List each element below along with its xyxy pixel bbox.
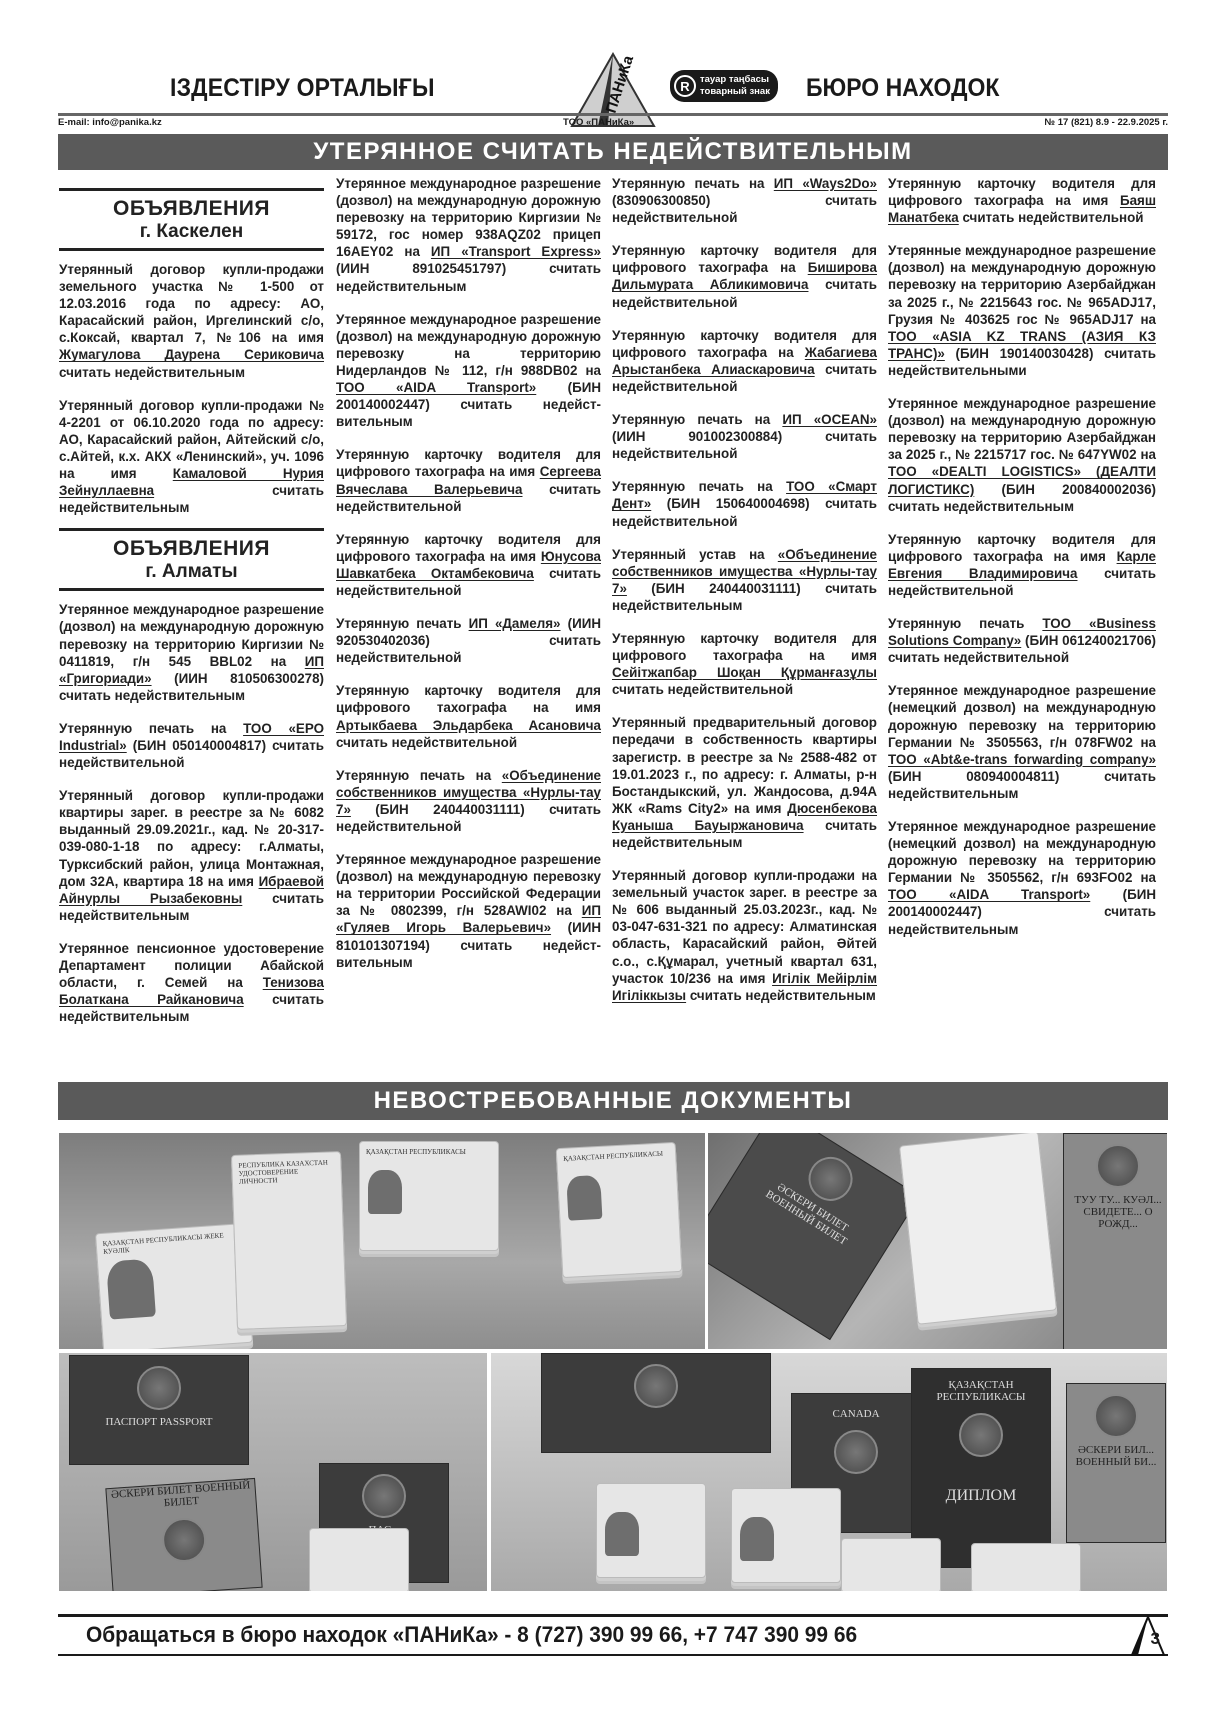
ad-item: Утерянную карточку водителя для цифровог… — [336, 446, 601, 514]
document-image — [899, 1132, 1057, 1325]
id-card-image — [309, 1528, 409, 1592]
trademark-ru: товарный знак — [700, 86, 770, 98]
section-city: г. Каскелен — [59, 221, 324, 243]
ad-item: Утерянную печать на ТОО «Смарт Дент» (БИ… — [612, 478, 877, 529]
lost-invalid-banner: УТЕРЯННОЕ СЧИТАТЬ НЕДЕЙСТВИТЕЛЬНЫМ — [58, 134, 1168, 170]
section-title: ОБЪЯВЛЕНИЯ — [59, 537, 324, 561]
section-header-almaty: ОБЪЯВЛЕНИЯ г. Алматы — [59, 528, 324, 591]
ad-item: Утерянную карточку водителя для цифровог… — [612, 242, 877, 310]
id-card-image: ҚАЗАҚСТАН РЕСПУБЛИКАСЫ — [556, 1142, 683, 1278]
ad-item: Утерянную карточку водителя для цифровог… — [612, 630, 877, 698]
ad-item: Утерянное международное разрешение (дозв… — [59, 601, 324, 704]
column-2: Утерянное международное разрешение (дозв… — [336, 175, 601, 987]
ad-item: Утерянное международное разрешение (дозв… — [336, 851, 601, 971]
ad-item: Утерянное международное разрешение (неме… — [888, 818, 1156, 938]
trademark-badge: R тауар таңбасы товарный знак — [670, 70, 778, 102]
section-header-kaskelen: ОБЪЯВЛЕНИЯ г. Каскелен — [59, 188, 324, 251]
ad-item: Утерянные международное разрешение (дозв… — [888, 242, 1156, 379]
column-3: Утерянную печать на ИП «Ways2Do» (830906… — [612, 175, 877, 1020]
photo-mixed-documents: CANADA ҚАЗАҚСТАН РЕСПУБЛИКАСЫДИПЛОМ ӘСКЕ… — [490, 1352, 1168, 1592]
ad-item: Утерянную печать на ТОО «ЕРО Industrial»… — [59, 720, 324, 771]
column-1: ОБЪЯВЛЕНИЯ г. Каскелен Утерянный договор… — [59, 188, 324, 1041]
photo-id-cards: ҚАЗАҚСТАН РЕСПУБЛИКАСЫ ЖЕКЕ КУӘЛІК РЕСПУ… — [58, 1132, 706, 1350]
page-number: 3 — [1151, 1629, 1160, 1649]
footer-contact-bar: Обращаться в бюро находок «ПАНиКа» - 8 (… — [58, 1614, 1168, 1656]
column-4: Утерянную карточку водителя для цифровог… — [888, 175, 1156, 954]
page-number-badge: 3 — [1128, 1615, 1168, 1657]
ad-item: Утерянное пенсионное удосто­верение Депа… — [59, 940, 324, 1025]
masthead-rule — [58, 113, 1168, 116]
footer-contact-text: Обращаться в бюро находок «ПАНиКа» - 8 (… — [86, 1622, 857, 1648]
military-id-book-image: ӘСКЕРИ БИЛЕТВОЕННЫЙ БИЛЕТ — [707, 1132, 920, 1340]
ad-item: Утерянную карточку водителя для цифровог… — [336, 682, 601, 750]
registered-trademark-icon: R — [674, 75, 696, 97]
ad-item: Утерянную печать на ИП «OCEAN» (ИИН 9010… — [612, 411, 877, 462]
masthead-right-title: БЮРО НАХОДОК — [806, 74, 999, 103]
id-card-image — [731, 1488, 841, 1583]
id-card-image: РЕСПУБЛИКА КАЗАХСТАН УДОСТОВЕРЕНИЕ ЛИЧНО… — [231, 1151, 347, 1330]
ad-item: Утерянную печать ИП «Дамеля» (ИИН 920530… — [336, 615, 601, 666]
id-card-image: ҚАЗАҚСТАН РЕСПУБЛИКАСЫ — [359, 1141, 499, 1251]
ad-item: Утерянную печать на ИП «Ways2Do» (830906… — [612, 175, 877, 226]
id-card-image — [596, 1483, 706, 1578]
masthead-subline: E-mail: info@panika.kz ТОО «ПАНиКа» № 17… — [58, 117, 1168, 131]
ad-item: Утерянный предварительный договор переда… — [612, 714, 877, 851]
ad-item: Утерянную печать на «Объединение собстве… — [336, 767, 601, 835]
ad-item: Утерянный устав на «Объединение собствен… — [612, 546, 877, 614]
unclaimed-documents-banner: НЕВОСТРЕБОВАННЫЕ ДОКУМЕНТЫ — [58, 1082, 1168, 1120]
passport-stack-image — [541, 1353, 771, 1453]
ad-item: Утерянный договор купли-продажи № 4-2201… — [59, 397, 324, 517]
birth-certificate-image: ТУУ ТУ... КУӘЛ...СВИДЕТЕ... О РОЖД... — [1063, 1133, 1168, 1350]
id-card-image — [841, 1538, 941, 1592]
id-card-image: ҚАЗАҚСТАН РЕСПУБЛИКАСЫ ЖЕКЕ КУӘЛІК — [95, 1223, 253, 1350]
ad-item: Утерянное международное разрешение (неме… — [888, 682, 1156, 802]
id-card-image — [971, 1543, 1081, 1592]
ad-item: Утерянную печать ТОО «Business Solutions… — [888, 615, 1156, 666]
military-id-image: ӘСКЕРИ БИЛ... ВОЕННЫЙ БИ... — [1066, 1383, 1166, 1543]
ad-item: Утерянную карточку водителя для цифровог… — [888, 175, 1156, 226]
ad-item: Утерянный договор купли-продажи на земел… — [612, 867, 877, 1004]
ad-item: Утерянное международное разрешение (дозв… — [336, 311, 601, 431]
trademark-kz: тауар таңбасы — [700, 74, 770, 86]
military-id-image: ӘСКЕРИ БИЛЕТ ВОЕННЫЙ БИЛЕТ — [105, 1478, 262, 1592]
section-city: г. Алматы — [59, 561, 324, 583]
company-name: ТОО «ПАНиКа» — [563, 117, 634, 128]
ad-item: Утерянную карточку водителя для цифровог… — [336, 531, 601, 599]
ad-item: Утерянное международное разреше­ние (доз… — [888, 395, 1156, 515]
photo-military-ids: ӘСКЕРИ БИЛЕТВОЕННЫЙ БИЛЕТ ТУУ ТУ... КУӘЛ… — [707, 1132, 1168, 1350]
ad-item: Утерянное международное разрешение (дозв… — [336, 175, 601, 295]
issue-number: № 17 (821) 8.9 - 22.9.2025 г. — [1045, 117, 1168, 128]
ad-item: Утерянный договор купли-продажи земельно… — [59, 261, 324, 381]
passport-image: ПАСПОРТ PASSPORT — [69, 1355, 249, 1465]
photo-passports: ПАСПОРТ PASSPORT ӘСКЕРИ БИЛЕТ ВОЕННЫЙ БИ… — [58, 1352, 488, 1592]
contact-email[interactable]: E-mail: info@panika.kz — [58, 117, 162, 128]
ad-item: Утерянную карточку водителя для цифровог… — [888, 531, 1156, 599]
ad-item: Утерянный договор купли-продажи квартиры… — [59, 787, 324, 924]
masthead-left-title: ІЗДЕСТІРУ ОРТАЛЫҒЫ — [170, 74, 435, 103]
triangle-page-icon — [1128, 1615, 1168, 1657]
ad-item: Утерянную карточку водителя для цифровог… — [612, 327, 877, 395]
section-title: ОБЪЯВЛЕНИЯ — [59, 197, 324, 221]
